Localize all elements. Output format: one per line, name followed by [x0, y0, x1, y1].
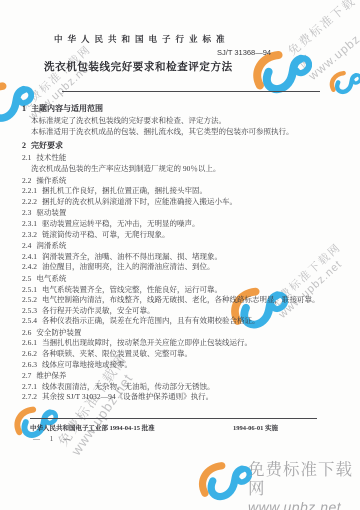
clause-line: 2.5电气系统 [22, 274, 338, 285]
clause-line: 2.3.1驱动装置应运转平稳，无冲击，无明显的噪声。 [22, 219, 338, 230]
watermark-text-top-right: 免费标准下载网 www.upbz.net [284, 0, 360, 83]
clause-text: 电气系统装置齐全，管线完整，性能良好，运行可靠。 [42, 285, 222, 296]
clause-text: 安全防护装置 [36, 328, 81, 339]
clause-number: 2.6.1 [22, 338, 37, 349]
clause-number: 2.4 [22, 241, 31, 252]
clause-number: 2.7.2 [22, 392, 37, 403]
paragraph-line: 洗衣机成品包装的生产率应达到制造厂规定的 90％以上。 [22, 164, 338, 175]
page-title: 洗衣机包装线完好要求和检查评定方法 [44, 59, 233, 74]
clause-number: 2.6 [22, 328, 31, 339]
clause-number: 1 [22, 104, 26, 115]
clause-text: 链滚筒传动平稳、可靠，无爬行现象。 [42, 230, 170, 241]
clause-number: 2.6.3 [22, 360, 37, 371]
document-body: 1主题内容与适用范围本标准规定了洗衣机包装线的完好要求和检查、评定方法。本标准适… [22, 100, 338, 403]
footer-divider [30, 418, 317, 419]
clause-line: 2.7.1线体表面清洁，无杂物、无油垢，传动部分无锈蚀。 [22, 382, 338, 393]
clause-line: 2.7.2其余按 SJ/T 31032—94《设备维护保养通则》执行。 [22, 392, 338, 403]
clause-line: 2.4.1润滑装置齐全，油嘴、油杯不得出现漏、损、堵现象。 [22, 252, 338, 263]
clause-number: 2.5.4 [22, 316, 37, 327]
scanned-standard-page: 免费标准下载网 www.upbz.net 免费标准下载网 www.upbz.ne… [0, 0, 360, 510]
clause-line: 2.6.3线体应可靠地接地或接零。 [22, 360, 338, 371]
clause-text: 线体应可靠地接地或接零。 [42, 360, 132, 371]
clause-number: 2.5 [22, 274, 31, 285]
clause-number: 2.1 [22, 153, 31, 164]
standard-org-line: 中华人民共和国电子行业标准 [54, 33, 230, 45]
clause-text: 完好要求 [31, 141, 63, 152]
clause-text: 主题内容与适用范围 [31, 104, 103, 115]
clause-line: 2.6.2各种联锁、夹紧、限位装置灵敏、完整可靠。 [22, 349, 338, 360]
clause-number: 2.5.1 [22, 285, 37, 296]
clause-number: 2.3.2 [22, 230, 37, 241]
up-logo-icon [328, 66, 360, 100]
clause-number: 2.6.2 [22, 349, 37, 360]
clause-text: 油位醒目，油窗明亮，注入的润滑油应清洁、到位。 [42, 262, 215, 273]
clause-text: 操作系统 [36, 176, 66, 187]
approval-line: 中华人民共和国电子工业部 1994-04-15 批准 [30, 423, 155, 432]
clause-line: 2.5.2电气控制箱内清洁，布线整齐，线路无破损、老化，各种线路标志明显，联接可… [22, 295, 338, 306]
clause-text: 线体表面清洁，无杂物、无油垢，传动部分无锈蚀。 [42, 382, 215, 393]
clause-text: 洗衣机成品包装的生产率应达到制造厂规定的 90％以上。 [31, 164, 220, 175]
header-divider [62, 91, 320, 92]
clause-text: 维护保养 [36, 371, 66, 382]
clause-line: 2.6安全防护装置 [22, 328, 338, 339]
clause-line: 1主题内容与适用范围 [22, 104, 338, 115]
site-url: www.upbz.net [248, 499, 356, 510]
clause-line: 2.4.2油位醒目，油窗明亮，注入的润滑油应清洁、到位。 [22, 262, 338, 273]
up-logo-icon [196, 457, 252, 507]
clause-number: 2.2.2 [22, 197, 37, 208]
standard-number: SJ/T 31368—94 [217, 48, 271, 57]
clause-line: 2.2.2捆扎好的洗衣机从斜滚道滑下时，应能准确接入搬运小车。 [22, 197, 338, 208]
clause-line: 2.1技术性能 [22, 153, 338, 164]
clause-text: 驱动装置 [36, 208, 66, 219]
clause-text: 捆扎好的洗衣机从斜滚道滑下时，应能准确接入搬运小车。 [42, 197, 237, 208]
clause-line: 2完好要求 [22, 141, 338, 152]
clause-text: 本标准适用于洗衣机成品的包装、捆扎流水线，其它类型的包装亦可参照执行。 [31, 127, 294, 138]
clause-line: 2.3驱动装置 [22, 208, 338, 219]
clause-number: 2.5.2 [22, 295, 37, 306]
clause-line: 2.6.1当捆扎机出现故障时，按动紧急开关应能立即停止包装线运行。 [22, 338, 338, 349]
paragraph-line: 本标准规定了洗衣机包装线的完好要求和检查、评定方法。 [22, 116, 338, 127]
clause-number: 2.4.2 [22, 262, 37, 273]
clause-text: 各行程开关动作灵敏，安全可靠。 [42, 306, 155, 317]
clause-number: 2.5.3 [22, 306, 37, 317]
paragraph-line: 本标准适用于洗衣机成品的包装、捆扎流水线，其它类型的包装亦可参照执行。 [22, 127, 338, 138]
clause-number: 2.2 [22, 176, 31, 187]
clause-number: 2.3.1 [22, 219, 37, 230]
clause-line: 2.5.3各行程开关动作灵敏，安全可靠。 [22, 306, 338, 317]
download-site-brand: 免费标准下载网 www.upbz.net [196, 457, 356, 507]
clause-text: 技术性能 [36, 153, 66, 164]
clause-line: 2.7维护保养 [22, 371, 338, 382]
clause-text: 各种仪表指示正确，误差在允许范围内，且有有效期校验合格证。 [42, 316, 260, 327]
clause-text: 当捆扎机出现故障时，按动紧急开关应能立即停止包装线运行。 [42, 338, 252, 349]
clause-text: 润滑系统 [36, 241, 66, 252]
clause-number: 2.2.1 [22, 186, 37, 197]
clause-text: 电气控制箱内清洁，布线整齐，线路无破损、老化，各种线路标志明显，联接可靠。 [42, 295, 320, 306]
clause-text: 捆扎机工作良好，捆扎位置正确，捆扎接头牢固。 [42, 186, 207, 197]
clause-text: 驱动装置应运转平稳，无冲击，无明显的噪声。 [42, 219, 200, 230]
clause-line: 2.4润滑系统 [22, 241, 338, 252]
clause-line: 2.5.1电气系统装置齐全，管线完整，性能良好，运行可靠。 [22, 285, 338, 296]
clause-line: 2.3.2链滚筒传动平稳、可靠，无爬行现象。 [22, 230, 338, 241]
clause-line: 2.5.4各种仪表指示正确，误差在允许范围内，且有有效期校验合格证。 [22, 316, 338, 327]
page-number: — 1 — [33, 435, 74, 443]
clause-number: 2 [22, 141, 26, 152]
site-name: 免费标准下载网 [248, 461, 356, 499]
clause-text: 电气系统 [36, 274, 66, 285]
implementation-date: 1994-06-01 实施 [233, 423, 278, 432]
clause-text: 本标准规定了洗衣机包装线的完好要求和检查、评定方法。 [31, 116, 226, 127]
clause-line: 2.2.1捆扎机工作良好，捆扎位置正确，捆扎接头牢固。 [22, 186, 338, 197]
clause-text: 润滑装置齐全，油嘴、油杯不得出现漏、损、堵现象。 [42, 252, 222, 263]
clause-text: 其余按 SJ/T 31032—94《设备维护保养通则》执行。 [42, 392, 213, 403]
clause-number: 2.7 [22, 371, 31, 382]
clause-number: 2.4.1 [22, 252, 37, 263]
clause-line: 2.2操作系统 [22, 176, 338, 187]
clause-number: 2.7.1 [22, 382, 37, 393]
clause-number: 2.3 [22, 208, 31, 219]
clause-text: 各种联锁、夹紧、限位装置灵敏、完整可靠。 [42, 349, 192, 360]
